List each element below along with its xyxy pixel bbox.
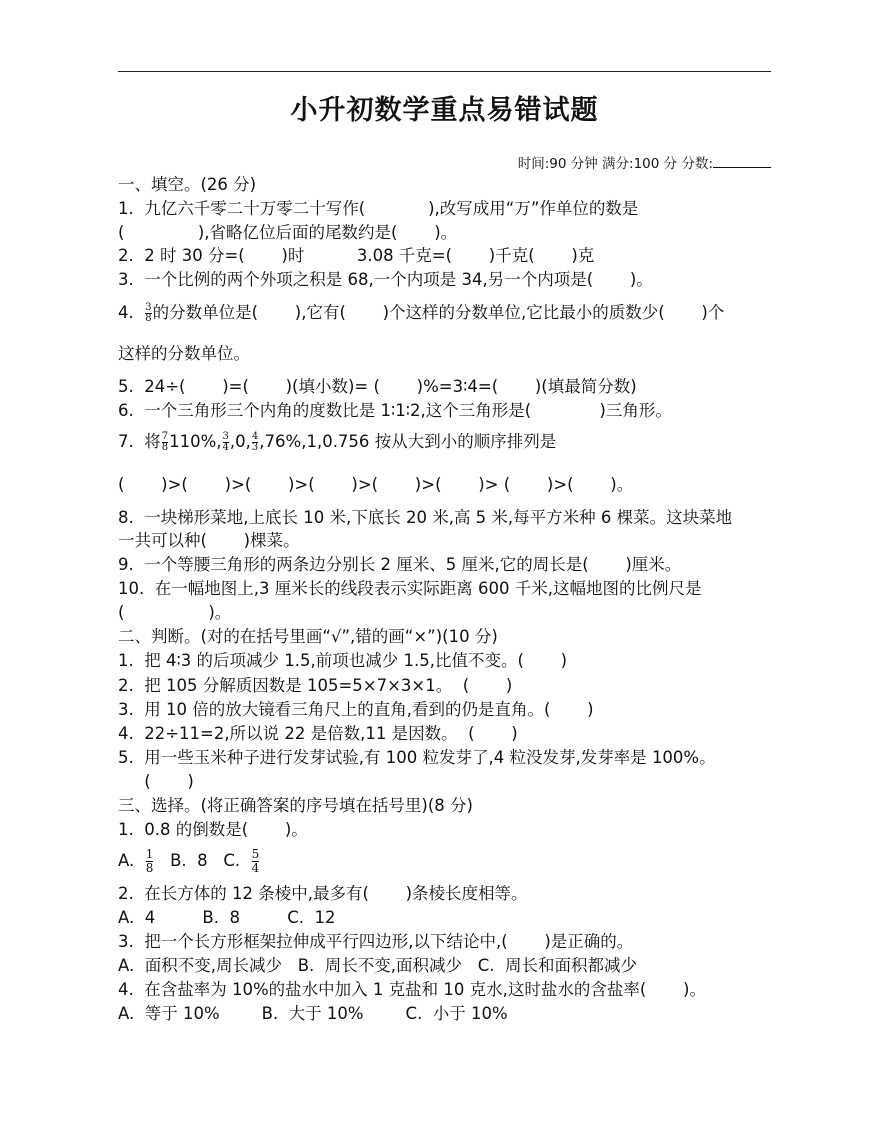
exam-meta: 时间:90 分钟 满分:100 分 分数: [518,152,771,172]
question-line: 2. 把 105 分解质因数是 105=5×7×3×1。 ( ) [118,675,512,697]
section-heading-multiple-choice: 三、选择。(将正确答案的序号填在括号里)(8 分) [118,795,473,817]
options-line: A. 4 B. 8 C. 12 [118,907,335,929]
question-line: 3. 把一个长方形框架拉伸成平行四边形,以下结论中,( )是正确的。 [118,931,633,953]
question-line: 2. 2 时 30 分=( )时 3.08 千克=( )千克( )克 [118,245,594,267]
options-line: A. 面积不变,周长减少 B. 周长不变,面积减少 C. 周长和面积都减少 [118,955,637,977]
score-blank[interactable] [713,155,771,168]
header-rule [118,71,771,72]
section-heading-fill-blank: 一、填空。(26 分) [118,174,256,196]
fraction: 78 [162,432,168,453]
question-line: 4. 在含盐率为 10%的盐水中加入 1 克盐和 10 克水,这时盐水的含盐率(… [118,979,706,1001]
fraction: 34 [223,432,229,453]
page-title: 小升初数学重点易错试题 [0,88,889,127]
question-line: 这样的分数单位。 [118,343,250,365]
section-heading-true-false: 二、判断。(对的在括号里画“√”,错的画“×”)(10 分) [118,626,498,648]
question-line: 2. 在长方体的 12 条棱中,最多有( )条棱长度相等。 [118,883,528,905]
question-line: 一共可以种( )棵菜。 [118,530,300,552]
question-line: 3. 一个比例的两个外项之积是 68,一个内项是 34,另一个内项是( )。 [118,269,653,291]
question-line: ( ),省略亿位后面的尾数约是( )。 [118,222,457,244]
question-line: ( )。 [118,602,231,624]
question-line: 1. 把 4∶3 的后项减少 1.5,前项也减少 1.5,比值不变。( ) [118,650,567,672]
question-line: 3. 用 10 倍的放大镜看三角尺上的直角,看到的仍是直角。( ) [118,699,594,721]
question-line: 5. 24÷( )=( )(填小数)= ( )%=3∶4=( )(填最简分数) [118,376,637,398]
question-line: 4. 22÷11=2,所以说 22 是倍数,11 是因数。 ( ) [118,723,518,745]
question-line: 6. 一个三角形三个内角的度数比是 1∶1∶2,这个三角形是( )三角形。 [118,400,672,422]
options-line: A. 等于 10% B. 大于 10% C. 小于 10% [118,1003,508,1025]
question-line: ( ) [118,771,194,793]
question-line-q4: 4. 38的分数单位是( ),它有( )个这样的分数单位,它比最小的质数少( )… [118,302,724,324]
exam-meta-text: 时间:90 分钟 满分:100 分 分数: [518,156,713,172]
question-line: 8. 一块梯形菜地,上底长 10 米,下底长 20 米,高 5 米,每平方米种 … [118,507,732,529]
fraction: 38 [145,303,151,324]
options-line: A. 18 B. 8 C. 54 [118,848,260,875]
question-line: 10. 在一幅地图上,3 厘米长的线段表示实际距离 600 千米,这幅地图的比例… [118,578,701,600]
fraction: 43 [252,432,258,453]
question-line: 5. 用一些玉米种子进行发芽试验,有 100 粒发芽了,4 粒没发芽,发芽率是 … [118,747,716,769]
question-line: 1. 0.8 的倒数是( )。 [118,819,308,841]
question-line-q7: 7. 将78110%,34,0,43,76%,1,0.756 按从大到小的顺序排… [118,431,556,453]
question-line: ( )>( )>( )>( )>( )>( )> ( )>( )。 [118,474,633,496]
question-line: 9. 一个等腰三角形的两条边分别长 2 厘米、5 厘米,它的周长是( )厘米。 [118,554,681,576]
fraction: 18 [146,848,154,875]
fraction: 54 [252,848,260,875]
question-line: 1. 九亿六千零二十万零二十写作( ),改写成用“万”作单位的数是 [118,198,638,220]
